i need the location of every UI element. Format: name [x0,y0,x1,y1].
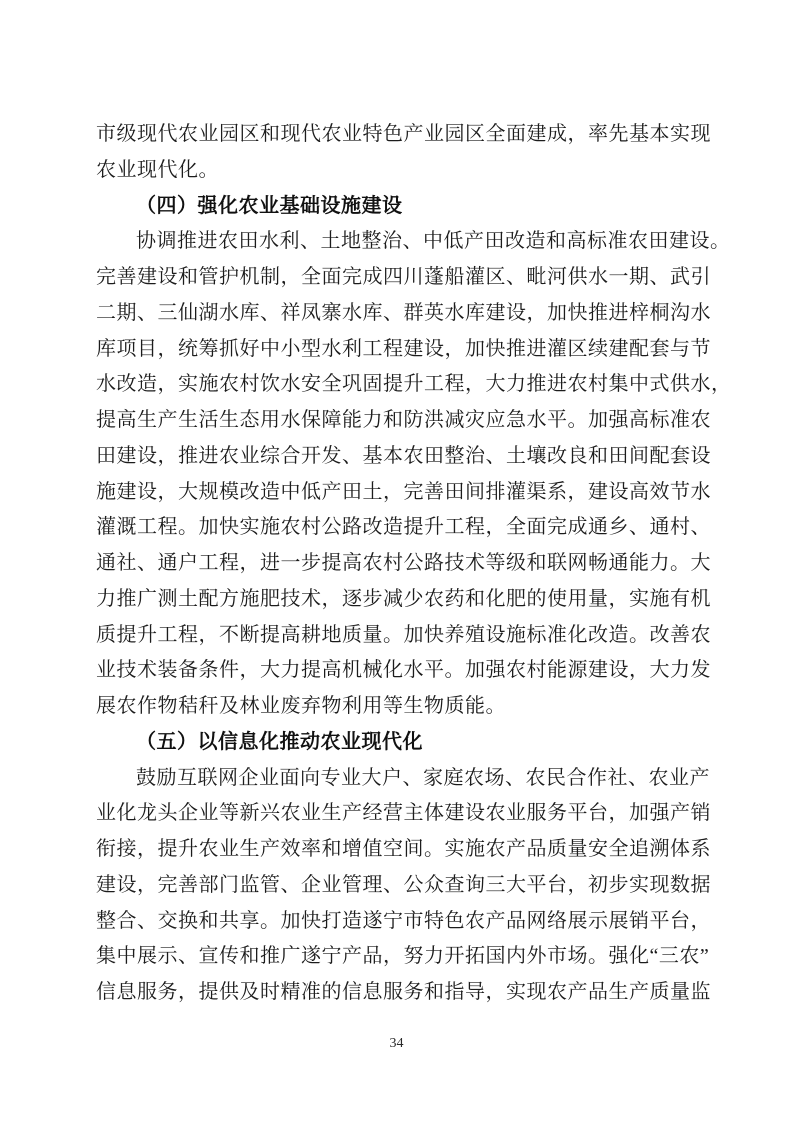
document-page: 市级现代农业园区和现代农业特色产业园区全面建成，率先基本实现农业现代化。（四）强… [0,0,793,1122]
text-line: 市级现代农业园区和现代农业特色产业园区全面建成，率先基本实现 [96,117,703,153]
text-line: 施建设，大规模改造中低产田土，完善田间排灌渠系，建设高效节水 [96,475,703,511]
text-line: 建设，完善部门监管、企业管理、公众查询三大平台，初步实现数据 [96,868,703,904]
text-line: 展农作物秸秆及林业废弃物利用等生物质能。 [96,689,703,725]
text-line: 农业现代化。 [96,153,703,189]
text-line: 业技术装备条件，大力提高机械化水平。加强农村能源建设，大力发 [96,653,703,689]
page-number: 34 [0,1036,793,1052]
document-body: 市级现代农业园区和现代农业特色产业园区全面建成，率先基本实现农业现代化。（四）强… [96,117,703,1011]
text-line: 完善建设和管护机制，全面完成四川蓬船灌区、毗河供水一期、武引 [96,260,703,296]
text-line: 田建设，推进农业综合开发、基本农田整治、土壤改良和田间配套设 [96,439,703,475]
text-line: 整合、交换和共享。加快打造遂宁市特色农产品网络展示展销平台， [96,904,703,940]
text-line: 力推广测土配方施肥技术，逐步减少农药和化肥的使用量，实施有机 [96,582,703,618]
text-line: 库项目，统筹抓好中小型水利工程建设，加快推进灌区续建配套与节 [96,332,703,368]
text-line: 信息服务，提供及时精准的信息服务和指导，实现农产品生产质量监 [96,975,703,1011]
text-line: 质提升工程，不断提高耕地质量。加快养殖设施标准化改造。改善农 [96,618,703,654]
text-line: 协调推进农田水利、土地整治、中低产田改造和高标准农田建设。 [96,224,703,260]
text-line: 集中展示、宣传和推广遂宁产品，努力开拓国内外市场。强化“三农” [96,939,703,975]
text-line: 灌溉工程。加快实施农村公路改造提升工程，全面完成通乡、通村、 [96,510,703,546]
section-heading-4: （四）强化农业基础设施建设 [96,189,703,225]
text-line: 业化龙头企业等新兴农业生产经营主体建设农业服务平台，加强产销 [96,796,703,832]
text-line: 二期、三仙湖水库、祥凤寨水库、群英水库建设，加快推进梓桐沟水 [96,296,703,332]
text-line: 鼓励互联网企业面向专业大户、家庭农场、农民合作社、农业产 [96,761,703,797]
text-line: 提高生产生活生态用水保障能力和防洪减灾应急水平。加强高标准农 [96,403,703,439]
text-line: 通社、通户工程，进一步提高农村公路技术等级和联网畅通能力。大 [96,546,703,582]
text-line: 衔接，提升农业生产效率和增值空间。实施农产品质量安全追溯体系 [96,832,703,868]
text-line: 水改造，实施农村饮水安全巩固提升工程，大力推进农村集中式供水， [96,367,703,403]
section-heading-5: （五）以信息化推动农业现代化 [96,725,703,761]
